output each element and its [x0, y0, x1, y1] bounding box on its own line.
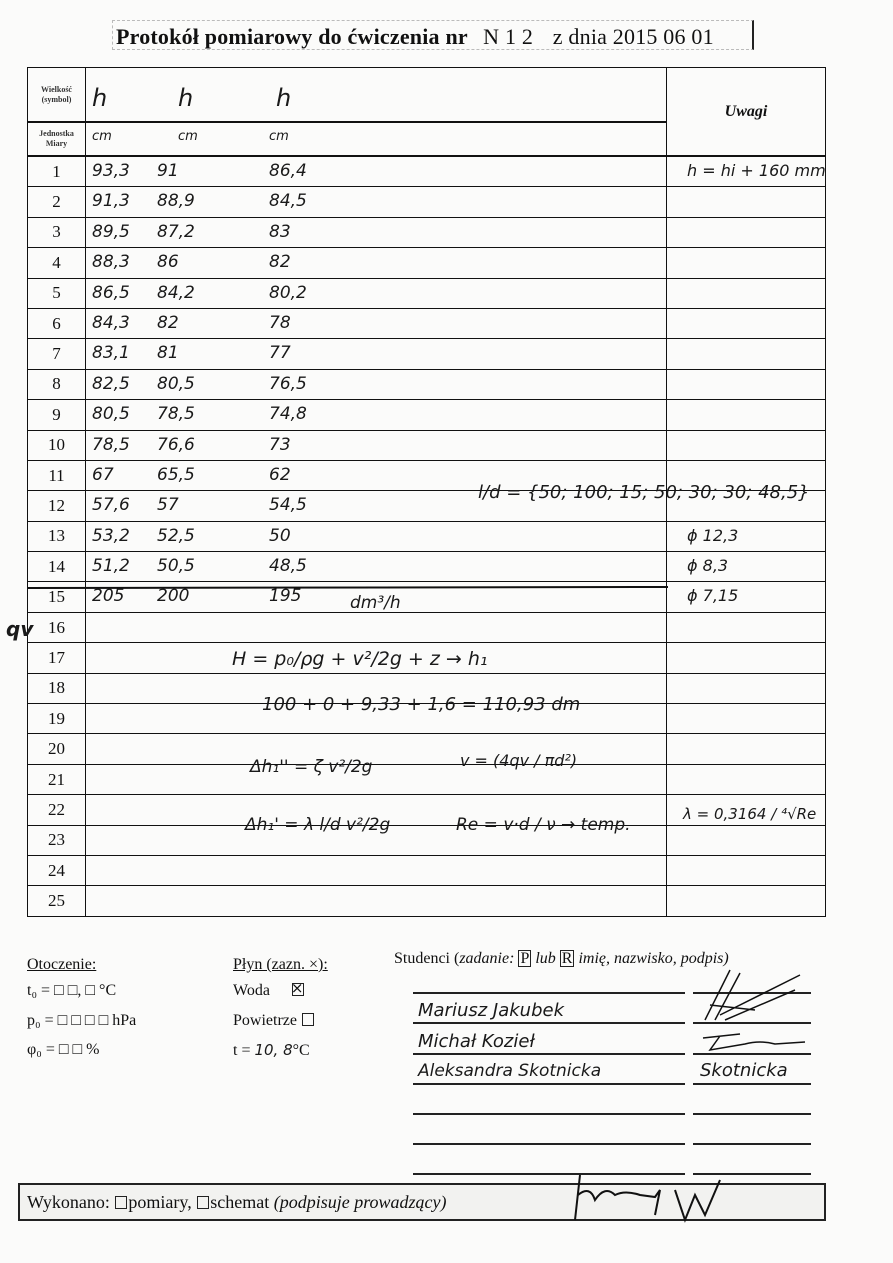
student-name-3: Aleksandra Skotnicka [418, 1061, 601, 1081]
row-values: 91,388,984,5 [86, 187, 667, 217]
value-cell: 82 [269, 252, 291, 272]
students-header: Studenci (zadanie: P lub Rimię, nazwisko… [394, 950, 729, 968]
unit-cells: cm cm cm [86, 122, 667, 156]
value-cell: 53,2 [92, 526, 130, 546]
row-number: 5 [28, 278, 86, 308]
value-cell: 86,5 [92, 283, 130, 303]
value-cell: 52,5 [157, 526, 195, 546]
remark-text: h = hi + 160 mm [687, 161, 826, 180]
value-cell: 77 [269, 343, 291, 363]
value-cell: 78 [269, 313, 291, 333]
table-row: 1353,252,550ϕ 12,3 [28, 521, 826, 551]
note-local-loss: Δh₁'' = ζ v²/2g [250, 757, 372, 777]
temp-label: t = [233, 1042, 254, 1059]
schema-label: schemat [210, 1192, 269, 1212]
title-text: Protokół pomiarowy do ćwiczenia nr [116, 24, 467, 49]
fluid-title: Płyn (zazn. ×): [233, 956, 328, 974]
row-number: 12 [28, 491, 86, 521]
remark-cell [667, 764, 826, 794]
value-cell: 80,5 [92, 404, 130, 424]
row-number: 4 [28, 248, 86, 278]
table-row: 25 [28, 886, 826, 916]
row-number: 25 [28, 886, 86, 916]
row-number: 24 [28, 855, 86, 885]
value-cell: 65,5 [157, 465, 195, 485]
schema-checkbox[interactable] [197, 1196, 209, 1209]
value-cell: 73 [269, 435, 291, 455]
row-number: 13 [28, 521, 86, 551]
row-number: 21 [28, 764, 86, 794]
student-signature-2 [700, 1030, 810, 1055]
remark-cell [667, 734, 826, 764]
table-row: 586,584,280,2 [28, 278, 826, 308]
remark-cell [667, 612, 826, 642]
or-label: lub [535, 950, 555, 967]
row-values: 80,578,574,8 [86, 400, 667, 430]
page-title: Protokół pomiarowy do ćwiczenia nr N 1 2… [116, 24, 714, 50]
row-values [86, 886, 667, 916]
value-cell: 50 [269, 526, 291, 546]
note-linear-loss: Δh₁' = λ l/d v²/2g [245, 815, 390, 835]
symbol-3: h [276, 84, 291, 112]
value-cell: 84,2 [157, 283, 195, 303]
value-cell: 84,5 [269, 191, 307, 211]
symbol-1: h [92, 84, 107, 112]
row-number: 22 [28, 795, 86, 825]
value-cell: 87,2 [157, 222, 195, 242]
symbol-cells: h h h [86, 68, 667, 123]
remark-cell: h = hi + 160 mm [667, 156, 826, 187]
row-number: 9 [28, 400, 86, 430]
remark-cell [667, 339, 826, 369]
remark-cell [667, 369, 826, 399]
table-row: 20 [28, 734, 826, 764]
remark-cell [667, 248, 826, 278]
value-cell: 83 [269, 222, 291, 242]
table-row: 783,18177 [28, 339, 826, 369]
unit-3: cm [269, 129, 289, 144]
strike-line [28, 585, 668, 591]
value-cell: 80,5 [157, 374, 195, 394]
date-label: z dnia [553, 24, 607, 49]
note-velocity: v = (4qv / πd²) [460, 751, 577, 770]
water-label: Woda [233, 982, 270, 999]
remark-cell [667, 308, 826, 338]
note-reynolds: Re = v·d / ν → temp. [456, 815, 631, 835]
students-prefix: Studenci ( [394, 950, 459, 967]
done-label: Wykonano: [27, 1192, 110, 1212]
value-cell: 50,5 [157, 556, 195, 576]
row-values: 84,38278 [86, 308, 667, 338]
remark-cell: ϕ 7,15 [667, 582, 826, 612]
remark-cell: ϕ 8,3 [667, 552, 826, 582]
row-values: 83,18177 [86, 339, 667, 369]
unit-header: Jednostka Miary [28, 122, 86, 156]
remark-cell [667, 643, 826, 673]
measurements-label: pomiary, [128, 1192, 191, 1212]
row-number: 10 [28, 430, 86, 460]
table-row: 488,38682 [28, 248, 826, 278]
remark-cell [667, 886, 826, 916]
remark-text: ϕ 8,3 [687, 556, 728, 575]
table-row: 1451,250,548,5ϕ 8,3 [28, 552, 826, 582]
remarks-header: Uwagi [667, 68, 826, 157]
value-cell: 57 [157, 495, 179, 515]
table-row: 193,39186,4h = hi + 160 mm [28, 156, 826, 187]
note-bernoulli: H = p₀/ρg + v²/2g + z → h₁ [232, 648, 488, 670]
row-number: 7 [28, 339, 86, 369]
value-cell: 76,6 [157, 435, 195, 455]
table-row: 1078,576,673 [28, 430, 826, 460]
environment-title: Otoczenie: [27, 956, 96, 974]
remark-text: ϕ 12,3 [687, 526, 738, 545]
row-values [86, 612, 667, 642]
remark-cell [667, 430, 826, 460]
row15-marker: qv [6, 617, 33, 641]
value-cell: 76,5 [269, 374, 307, 394]
remark-cell [667, 704, 826, 734]
value-cell: 54,5 [269, 495, 307, 515]
env-pressure: p₀ = □ □ □ □ hPa [27, 1012, 136, 1030]
row-values: 88,38682 [86, 248, 667, 278]
value-cell: 78,5 [157, 404, 195, 424]
table-row: 980,578,574,8 [28, 400, 826, 430]
symbol-header: Wielkość (symbol) [28, 68, 86, 123]
row-number: 8 [28, 369, 86, 399]
note-calculation: 100 + 0 + 9,33 + 1,6 = 110,93 dm [262, 694, 580, 715]
value-cell: 81 [157, 343, 179, 363]
fluid-air: Powietrze [233, 1012, 315, 1030]
row-number: 20 [28, 734, 86, 764]
value-cell: 82,5 [92, 374, 130, 394]
table-row: 24 [28, 855, 826, 885]
value-cell: 67 [92, 465, 114, 485]
fluid-temperature: t = 10, 8°C [233, 1041, 310, 1060]
value-cell: 93,3 [92, 161, 130, 181]
row15-unit: dm³/h [350, 593, 401, 613]
value-cell: 78,5 [92, 435, 130, 455]
value-cell: 62 [269, 465, 291, 485]
remark-text: ϕ 7,15 [687, 586, 738, 605]
remark-cell [667, 855, 826, 885]
row-values: 78,576,673 [86, 430, 667, 460]
signed-by-label: (podpisuje prowadzący) [274, 1192, 447, 1212]
option-r-box: R [560, 950, 575, 967]
note-lambda: λ = 0,3164 / ⁴√Re [683, 805, 816, 823]
row-number: 16 [28, 612, 86, 642]
env-temperature: t₀ = □ □, □ °C [27, 982, 116, 1000]
value-cell: 91,3 [92, 191, 130, 211]
value-cell: 86,4 [269, 161, 307, 181]
unit-1: cm [92, 129, 112, 144]
value-cell: 88,3 [92, 252, 130, 272]
row-values [86, 764, 667, 794]
temp-unit: °C [293, 1042, 310, 1059]
table-row: 21 [28, 764, 826, 794]
header-row-symbol: Wielkość (symbol) h h h Uwagi [28, 68, 826, 123]
student-name-2: Michał Kozieł [418, 1031, 535, 1052]
row-number: 19 [28, 704, 86, 734]
date-value: 2015 06 01 [613, 24, 714, 49]
table-row: 882,580,576,5 [28, 369, 826, 399]
value-cell: 88,9 [157, 191, 195, 211]
row-values: 51,250,548,5 [86, 552, 667, 582]
value-cell: 89,5 [92, 222, 130, 242]
value-cell: 51,2 [92, 556, 130, 576]
table-row: 684,38278 [28, 308, 826, 338]
table-row: 16 [28, 612, 826, 642]
air-label: Powietrze [233, 1012, 297, 1029]
table-row: 23 [28, 825, 826, 855]
water-checkbox[interactable]: × [292, 983, 304, 996]
fluid-water: Woda × [233, 982, 305, 1000]
remark-cell [667, 825, 826, 855]
value-cell: 57,6 [92, 495, 130, 515]
row-number: 11 [28, 460, 86, 490]
row-values: 93,39186,4 [86, 156, 667, 187]
row-number: 3 [28, 217, 86, 247]
table-row: 389,587,283 [28, 217, 826, 247]
value-cell: 84,3 [92, 313, 130, 333]
value-cell: 83,1 [92, 343, 130, 363]
row-number: 23 [28, 825, 86, 855]
row-values: 53,252,550 [86, 521, 667, 551]
remark-cell [667, 400, 826, 430]
row-number: 1 [28, 156, 86, 187]
value-cell: 80,2 [269, 283, 307, 303]
value-cell: 91 [157, 161, 179, 181]
row-values: 82,580,576,5 [86, 369, 667, 399]
option-p-box: P [518, 950, 531, 967]
value-cell: 74,8 [269, 404, 307, 424]
table-row: 291,388,984,5 [28, 187, 826, 217]
row-values [86, 734, 667, 764]
measurements-checkbox[interactable] [115, 1196, 127, 1209]
student-name-1: Mariusz Jakubek [418, 1000, 564, 1021]
value-cell: 48,5 [269, 556, 307, 576]
remark-cell [667, 217, 826, 247]
temp-value: 10, 8 [254, 1041, 292, 1059]
remark-cell [667, 673, 826, 703]
exercise-number: N 1 2 [483, 24, 533, 49]
row-values [86, 855, 667, 885]
row-number: 18 [28, 673, 86, 703]
remark-cell [667, 278, 826, 308]
row-number: 14 [28, 552, 86, 582]
note-l-over-d: l/d = {50; 100; 15; 50; 30; 30; 48,5} [478, 482, 810, 503]
row-number: 2 [28, 187, 86, 217]
row-number: 17 [28, 643, 86, 673]
air-checkbox[interactable] [302, 1013, 314, 1026]
supervisor-signature [560, 1165, 730, 1235]
row-number: 6 [28, 308, 86, 338]
row-values: 89,587,283 [86, 217, 667, 247]
remark-cell: ϕ 12,3 [667, 521, 826, 551]
task-label: zadanie: [459, 950, 514, 967]
remark-cell [667, 187, 826, 217]
student-signature-3: Skotnicka [700, 1060, 788, 1081]
value-cell: 86 [157, 252, 179, 272]
symbol-2: h [178, 84, 193, 112]
student-signature-1 [695, 965, 805, 1025]
value-cell: 82 [157, 313, 179, 333]
row-values: 86,584,280,2 [86, 278, 667, 308]
unit-2: cm [178, 129, 198, 144]
footer-text: Wykonano: pomiary, schemat (podpisuje pr… [27, 1192, 447, 1213]
env-humidity: φ₀ = □ □ % [27, 1041, 100, 1059]
